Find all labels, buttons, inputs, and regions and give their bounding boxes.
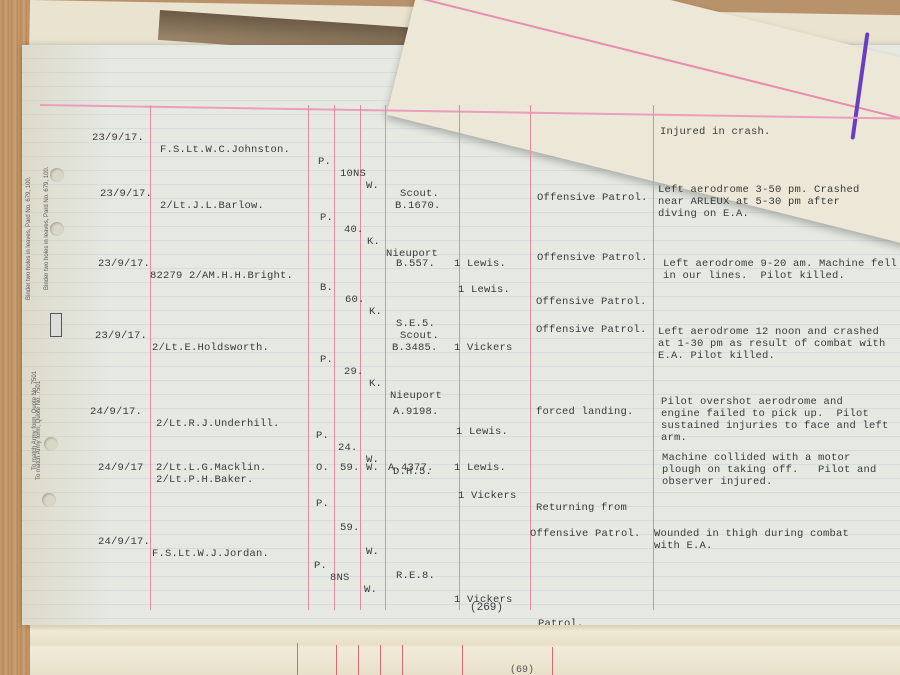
entry-casualty: K. [369,306,382,318]
binder-hole [44,437,58,451]
entry-date: 23/9/17. [92,132,144,144]
entry-squadron: 40. [344,224,364,236]
entry-role: P. [316,430,329,442]
entry-squadron: 59. [340,462,360,474]
entry-remarks: diving on E.A. [658,208,749,220]
entry-remarks: Wounded in thigh during combat [654,528,849,540]
entry-role: O. [316,462,329,474]
entry-casualty: W. [366,546,379,558]
entry-name: F.S.Lt.W.J.Jordan. [152,548,269,560]
entry-casualty: K. [369,378,382,390]
entry-duty: Offensive Patrol. [536,324,647,336]
binder-stamp [50,313,62,337]
entry-machine: B.557. [396,258,435,270]
entry-role: P. [316,498,329,510]
entry-machine: B.3485. [392,342,438,354]
entry-machine: A.4377. [388,462,434,474]
entry-remarks: Pilot overshot aerodrome and [661,396,843,408]
entry-duty: Offensive Patrol. [537,192,648,204]
entry-date: 24/9/17. [90,406,142,418]
entry-duty: Offensive Patrol. [530,528,641,540]
column-rule-armament [459,105,460,610]
entry-machine: Scout. [400,330,439,342]
entry-duty: Returning from [536,502,627,514]
entry-remarks: engine failed to pick up. Pilot [661,408,869,420]
entry-date: 23/9/17. [100,188,152,200]
entry-armament: 1 Lewis. [458,284,510,296]
entry-casualty: W. [364,584,377,596]
entry-machine: S.E.5. [396,318,435,330]
entry-machine: B.1670. [395,200,441,212]
entry-armament: 1 Vickers [458,490,517,502]
binder-hole [50,222,64,236]
entry-date: 23/9/17. [95,330,147,342]
entry-role: B. [320,282,333,294]
entry-casualty: W. [366,180,379,192]
entry-remarks: sustained injuries to face and left [661,420,889,432]
side-print: To match Army form, Quote No. 7501 [32,371,38,470]
entry-armament: 1 Lewis. [454,258,506,270]
entry-squadron: 8NS [330,572,350,584]
entry-armament: 1 Lewis. [456,426,508,438]
entry-machine: R.E.8. [396,570,435,582]
entry-machine: Scout. [400,188,439,200]
entry-remarks: Left aerodrome 3-50 pm. Crashed [658,184,860,196]
entry-role: P. [320,354,333,366]
entry-remarks: Injured in crash. [660,126,771,138]
entry-remarks: E.A. Pilot killed. [658,350,775,362]
page-folio-number: (269) [470,602,503,614]
column-rule-squadron [334,105,335,610]
side-print: Binder two holes in leaves, Pard No. 679… [26,177,32,300]
lower-page-stack [30,625,900,675]
column-rule-name [150,105,151,610]
binder-hole [50,168,64,182]
entry-role: P. [320,212,333,224]
entry-duty: Offensive Patrol. [537,252,648,264]
entry-machine: A.9198. [393,406,439,418]
entry-date: 23/9/17. [98,258,150,270]
column-rule-casualty [360,105,361,610]
entry-remarks: Left aerodrome 9-20 am. Machine fell [663,258,897,270]
entry-role: P. [318,156,331,168]
entry-remarks: in our lines. Pilot killed. [663,270,845,282]
entry-date: 24/9/17 [98,462,144,474]
entry-squadron: 60. [345,294,365,306]
entry-name: 2/Lt.J.L.Barlow. [160,200,264,212]
column-rule-machine [385,105,386,610]
entry-remarks: with E.A. [654,540,713,552]
entry-remarks: at 1-30 pm as result of combat with [658,338,886,350]
entry-casualty: W. [366,462,379,474]
entry-armament: 1 Vickers [454,342,513,354]
entry-name: 2/Lt.R.J.Underhill. [156,418,280,430]
lower-sheet-folio: (69) [510,665,534,675]
entry-duty: forced landing. [536,406,634,418]
entry-remarks: arm. [661,432,687,444]
entry-remarks: near ARLEUX at 5-30 pm after [658,196,840,208]
entry-duty: Offensive Patrol. [536,296,647,308]
entry-name: F.S.Lt.W.C.Johnston. [160,144,290,156]
entry-casualty: K. [367,236,380,248]
entry-squadron: 29. [344,366,364,378]
entry-squadron: 59. [340,522,360,534]
binder-hole [42,493,56,507]
entry-remarks: Left aerodrome 12 noon and crashed [658,326,879,338]
entry-machine: Nieuport [390,390,442,402]
entry-name: 2/Lt.P.H.Baker. [156,474,254,486]
column-rule-role [308,105,309,610]
entry-date: 24/9/17. [98,536,150,548]
entry-squadron: 10NS [340,168,366,180]
entry-name: 2/Lt.L.G.Macklin. [156,462,267,474]
entry-role: P. [314,560,327,572]
entry-name: 82279 2/AM.H.H.Bright. [150,270,293,282]
entry-squadron: 24. [338,442,358,454]
entry-armament: 1 Lewis. [454,462,506,474]
entry-remarks: Machine collided with a motor [662,452,851,464]
entry-remarks: observer injured. [662,476,773,488]
entry-remarks: plough on taking off. Pilot and [662,464,877,476]
register-entry: 24/9/17. F.S.Lt.W.J.Jordan. P. 8NS W. Of… [0,524,13,632]
entry-name: 2/Lt.E.Holdsworth. [152,342,269,354]
